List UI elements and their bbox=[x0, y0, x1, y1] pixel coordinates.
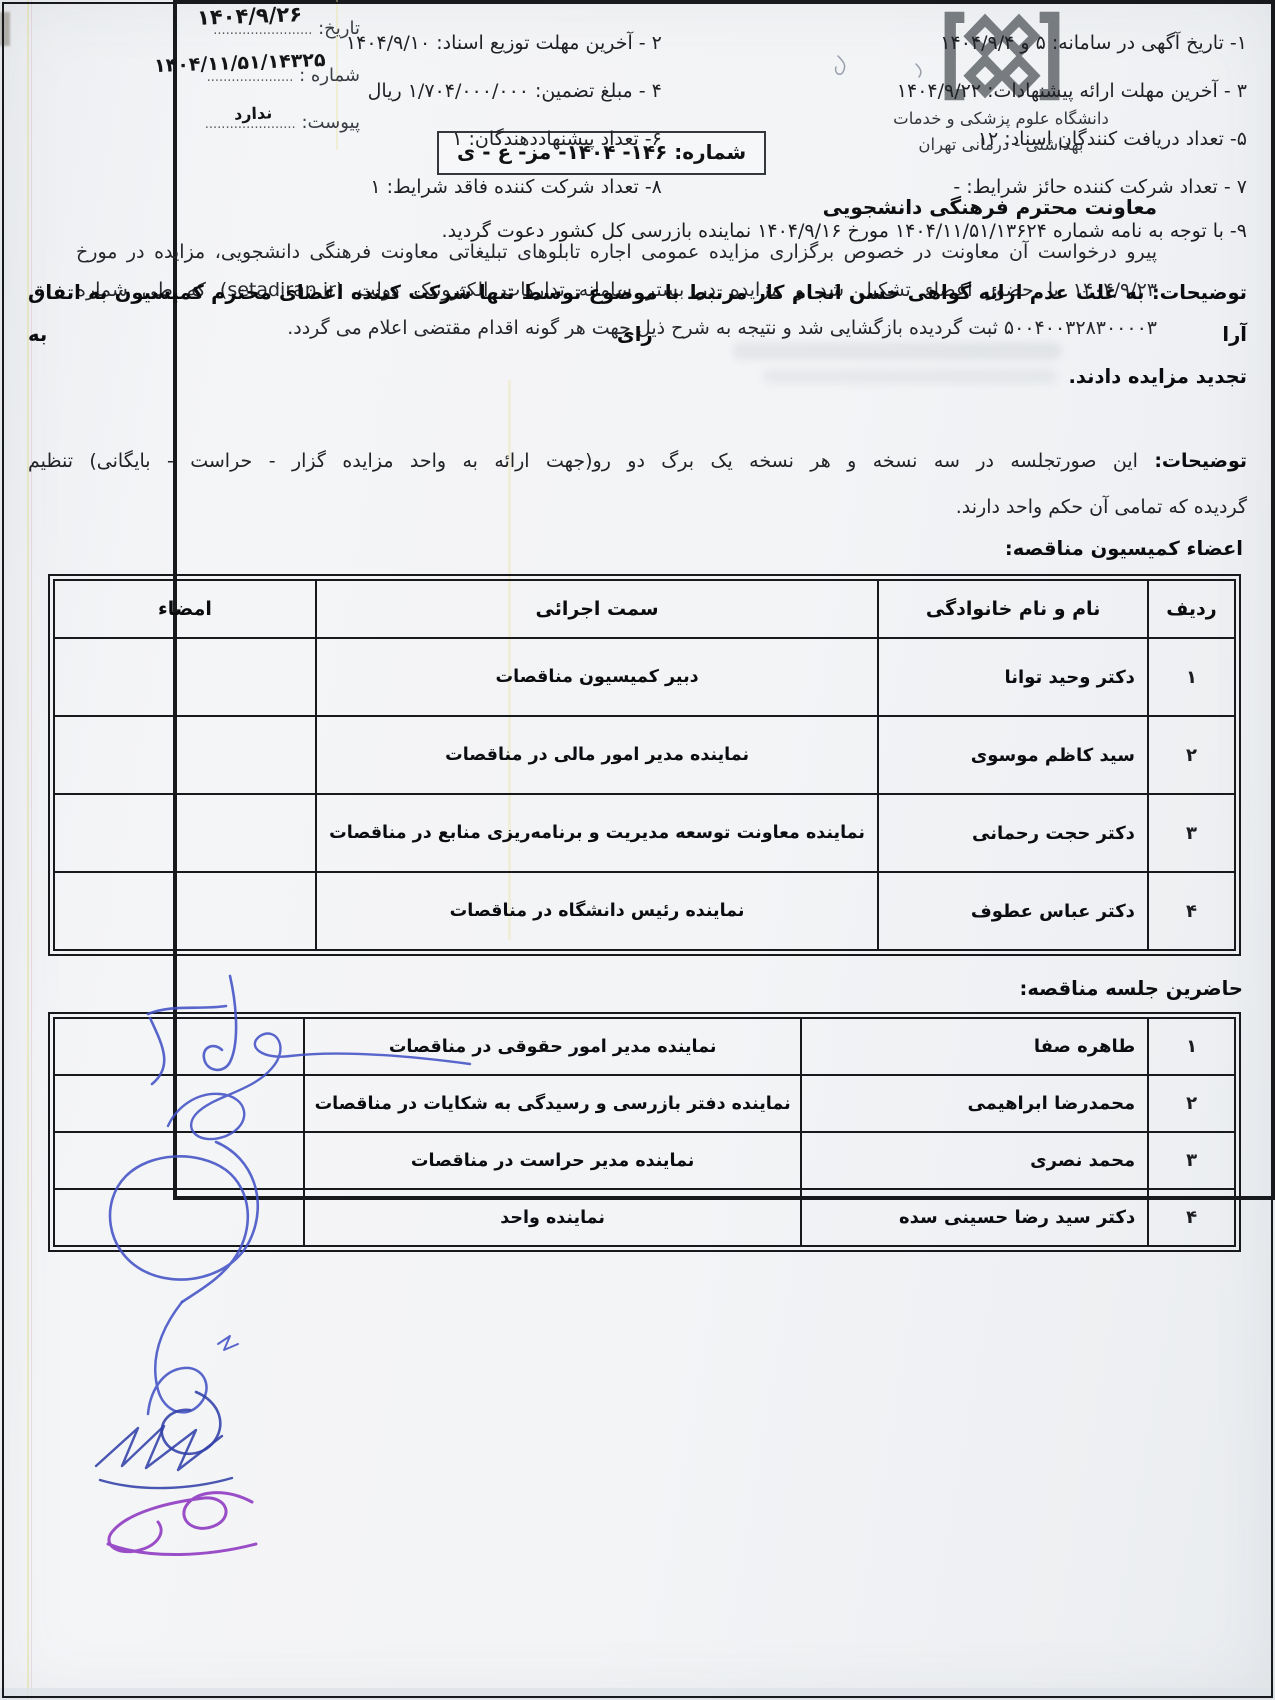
attendee-name: طاهره صفا bbox=[801, 1018, 1148, 1075]
attendee-row: ۳ محمد نصری نماینده مدیر حراست در مناقصا… bbox=[54, 1132, 1235, 1189]
attendee-signature-cell bbox=[54, 1132, 304, 1189]
member-row: ۴ دکتر عباس عطوف نماینده رئیس دانشگاه در… bbox=[54, 872, 1235, 950]
member-role: دبیر کمیسیون مناقصات bbox=[316, 638, 878, 716]
col-header-signature: امضاء bbox=[54, 580, 316, 638]
member-no: ۳ bbox=[1148, 794, 1235, 872]
member-name: دکتر حجت رحمانی bbox=[878, 794, 1148, 872]
note-revote-line1: توضیحات: به علت عدم ارائه گواهی حسن انجا… bbox=[28, 272, 1247, 356]
member-no: ۱ bbox=[1148, 638, 1235, 716]
members-table-frame: ردیف نام و نام خانوادگی سمت اجرائی امضاء… bbox=[48, 574, 1241, 956]
attendee-role: نماینده واحد bbox=[304, 1189, 801, 1246]
member-signature-cell bbox=[54, 794, 316, 872]
note-label: توضیحات: bbox=[1154, 450, 1247, 472]
result-item-5: ۵- تعداد دریافت کنندگان اسناد: ۱۲ bbox=[662, 124, 1247, 154]
member-role: نماینده رئیس دانشگاه در مناقصات bbox=[316, 872, 878, 950]
attendee-signature-cell bbox=[54, 1189, 304, 1246]
note-label: توضیحات: bbox=[1152, 281, 1247, 304]
note-revote: توضیحات: به علت عدم ارائه گواهی حسن انجا… bbox=[24, 272, 1251, 398]
scanned-letter-page: ۱۴۰۴/۹/۲۶ تاریخ: .......................… bbox=[0, 0, 1275, 1700]
note-text: به علت عدم ارائه گواهی حسن انجام کار مرت… bbox=[28, 281, 1247, 346]
note-text: این صورتجلسه در سه نسخه و هر نسخه یک برگ… bbox=[28, 450, 1138, 472]
attendee-row: ۲ محمدرضا ابراهیمی نماینده دفتر بازرسی و… bbox=[54, 1075, 1235, 1132]
member-name: دکتر عباس عطوف bbox=[878, 872, 1148, 950]
result-item-7: ۷ - تعداد شرکت کننده حائز شرایط: - bbox=[662, 172, 1247, 202]
attendee-no: ۴ bbox=[1148, 1189, 1235, 1246]
member-name: دکتر وحید توانا bbox=[878, 638, 1148, 716]
member-no: ۴ bbox=[1148, 872, 1235, 950]
col-header-role: سمت اجرائی bbox=[316, 580, 878, 638]
member-row: ۲ سید کاظم موسوی نماینده مدیر امور مالی … bbox=[54, 716, 1235, 794]
member-no: ۲ bbox=[1148, 716, 1235, 794]
member-role: نماینده معاونت توسعه مدیریت و برنامه‌ریز… bbox=[316, 794, 878, 872]
auction-result-box-inner-frame: ۱- تاریخ آگهی در سامانه: ۵ و ۱۴۰۴/۹/۴ ۲ … bbox=[2, 2, 1273, 1698]
col-header-name: نام و نام خانوادگی bbox=[878, 580, 1148, 638]
members-header-row: ردیف نام و نام خانوادگی سمت اجرائی امضاء bbox=[54, 580, 1235, 638]
col-header-row-number: ردیف bbox=[1148, 580, 1235, 638]
member-row: ۳ دکتر حجت رحمانی نماینده معاونت توسعه م… bbox=[54, 794, 1235, 872]
attendee-signature-cell bbox=[54, 1075, 304, 1132]
attendees-table-frame: ۱ طاهره صفا نماینده مدیر امور حقوقی در م… bbox=[48, 1012, 1241, 1252]
member-signature-cell bbox=[54, 638, 316, 716]
attendee-signature-cell bbox=[54, 1018, 304, 1075]
result-item-8: ۸- تعداد شرکت کننده فاقد شرایط: ۱ bbox=[28, 172, 662, 202]
attendee-role: نماینده مدیر حراست در مناقصات bbox=[304, 1132, 801, 1189]
result-item-2: ۲ - آخرین مهلت توزیع اسناد: ۱۴۰۴/۹/۱۰ bbox=[28, 28, 662, 58]
note-copies-line1: توضیحات: این صورتجلسه در سه نسخه و هر نس… bbox=[28, 438, 1247, 484]
note-copies: توضیحات: این صورتجلسه در سه نسخه و هر نس… bbox=[24, 438, 1251, 530]
result-items-list: ۱- تاریخ آگهی در سامانه: ۵ و ۱۴۰۴/۹/۴ ۲ … bbox=[24, 28, 1251, 202]
result-item-4: ۴ - مبلغ تضمین: ۱/۷۰۴/۰۰۰/۰۰۰ ریال bbox=[28, 76, 662, 106]
attendee-no: ۲ bbox=[1148, 1075, 1235, 1132]
member-role: نماینده مدیر امور مالی در مناقصات bbox=[316, 716, 878, 794]
member-signature-cell bbox=[54, 716, 316, 794]
attendee-row: ۴ دکتر سید رضا حسینی سده نماینده واحد bbox=[54, 1189, 1235, 1246]
attendees-table: ۱ طاهره صفا نماینده مدیر امور حقوقی در م… bbox=[53, 1017, 1236, 1247]
attendee-role: نماینده مدیر امور حقوقی در مناقصات bbox=[304, 1018, 801, 1075]
result-item-6: ۶- تعداد پیشنهاددهندگان: ۱ bbox=[28, 124, 662, 154]
attendee-no: ۱ bbox=[1148, 1018, 1235, 1075]
attendee-row: ۱ طاهره صفا نماینده مدیر امور حقوقی در م… bbox=[54, 1018, 1235, 1075]
member-signature-cell bbox=[54, 872, 316, 950]
result-item-1: ۱- تاریخ آگهی در سامانه: ۵ و ۱۴۰۴/۹/۴ bbox=[662, 28, 1247, 58]
member-name: سید کاظم موسوی bbox=[878, 716, 1148, 794]
members-table: ردیف نام و نام خانوادگی سمت اجرائی امضاء… bbox=[53, 579, 1236, 951]
attendee-no: ۳ bbox=[1148, 1132, 1235, 1189]
member-row: ۱ دکتر وحید توانا دبیر کمیسیون مناقصات bbox=[54, 638, 1235, 716]
members-heading: اعضاء کمیسیون مناقصه: bbox=[24, 534, 1251, 564]
attendees-heading: حاضرین جلسه مناقصه: bbox=[24, 974, 1251, 1004]
note-revote-line2: تجدید مزایده دادند. bbox=[28, 356, 1247, 398]
result-item-9: ۹- با توجه به نامه شماره ۱۴۰۴/۱۱/۵۱/۱۳۶۲… bbox=[24, 216, 1251, 246]
attendee-role: نماینده دفتر بازرسی و رسیدگی به شکایات د… bbox=[304, 1075, 801, 1132]
attendee-name: دکتر سید رضا حسینی سده bbox=[801, 1189, 1148, 1246]
note-copies-line2: گردیده که تمامی آن حکم واحد دارند. bbox=[28, 484, 1247, 530]
auction-result-box: ۱- تاریخ آگهی در سامانه: ۵ و ۱۴۰۴/۹/۴ ۲ … bbox=[173, 0, 1275, 1200]
result-item-3: ۳ - آخرین مهلت ارائه پیشنهادات: ۱۴۰۴/۹/۲… bbox=[662, 76, 1247, 106]
attendee-name: محمدرضا ابراهیمی bbox=[801, 1075, 1148, 1132]
attendee-name: محمد نصری bbox=[801, 1132, 1148, 1189]
